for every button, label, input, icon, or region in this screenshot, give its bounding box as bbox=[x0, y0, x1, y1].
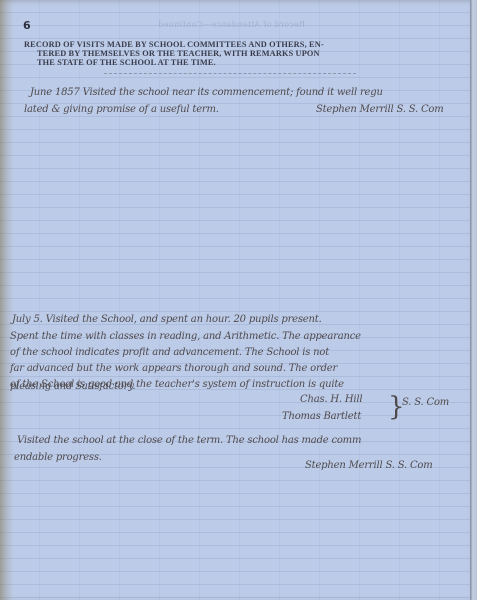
entry-2-signature-1: Chas. H. Hill bbox=[300, 394, 362, 405]
entry-2-line-6: pleasing and Satisfactory. bbox=[10, 381, 135, 392]
entry-1-line-2: lated & giving promise of a useful term. bbox=[24, 104, 219, 115]
entry-3-signature: Stephen Merrill S. S. Com bbox=[305, 460, 433, 471]
binding-stain bbox=[0, 0, 14, 600]
header-divider bbox=[104, 73, 356, 76]
header-line-3: THE STATE OF THE SCHOOL AT THE TIME. bbox=[24, 58, 452, 67]
page-number: 6 bbox=[23, 19, 31, 32]
entry-2-signature-title: S. S. Com bbox=[402, 397, 449, 408]
page-edge bbox=[470, 0, 477, 600]
entry-2-line-1: July 5. Visited the School, and spent an… bbox=[12, 314, 322, 325]
entry-2-line-3: of the school indicates profit and advan… bbox=[10, 347, 329, 358]
header-line-1: RECORD OF VISITS MADE BY SCHOOL COMMITTE… bbox=[24, 40, 452, 49]
entry-1-signature: Stephen Merrill S. S. Com bbox=[316, 104, 444, 115]
entry-1-line-1: June 1857 Visited the school near its co… bbox=[30, 87, 383, 98]
entry-2-line-2: Spent the time with classes in reading, … bbox=[10, 331, 361, 342]
ledger-page: Record of Attendance—Continued 6 RECORD … bbox=[0, 0, 470, 600]
entry-2-line-4: far advanced but the work appears thorou… bbox=[10, 363, 337, 374]
entry-2-signature-2: Thomas Bartlett bbox=[282, 411, 361, 422]
bleed-through-text: Record of Attendance—Continued bbox=[158, 20, 305, 29]
header-line-2: TERED BY THEMSELVES OR THE TEACHER, WITH… bbox=[24, 49, 452, 58]
page-header: RECORD OF VISITS MADE BY SCHOOL COMMITTE… bbox=[24, 40, 452, 67]
entry-3-line-2: endable progress. bbox=[14, 452, 102, 463]
entry-3-line-1: Visited the school at the close of the t… bbox=[17, 435, 361, 446]
